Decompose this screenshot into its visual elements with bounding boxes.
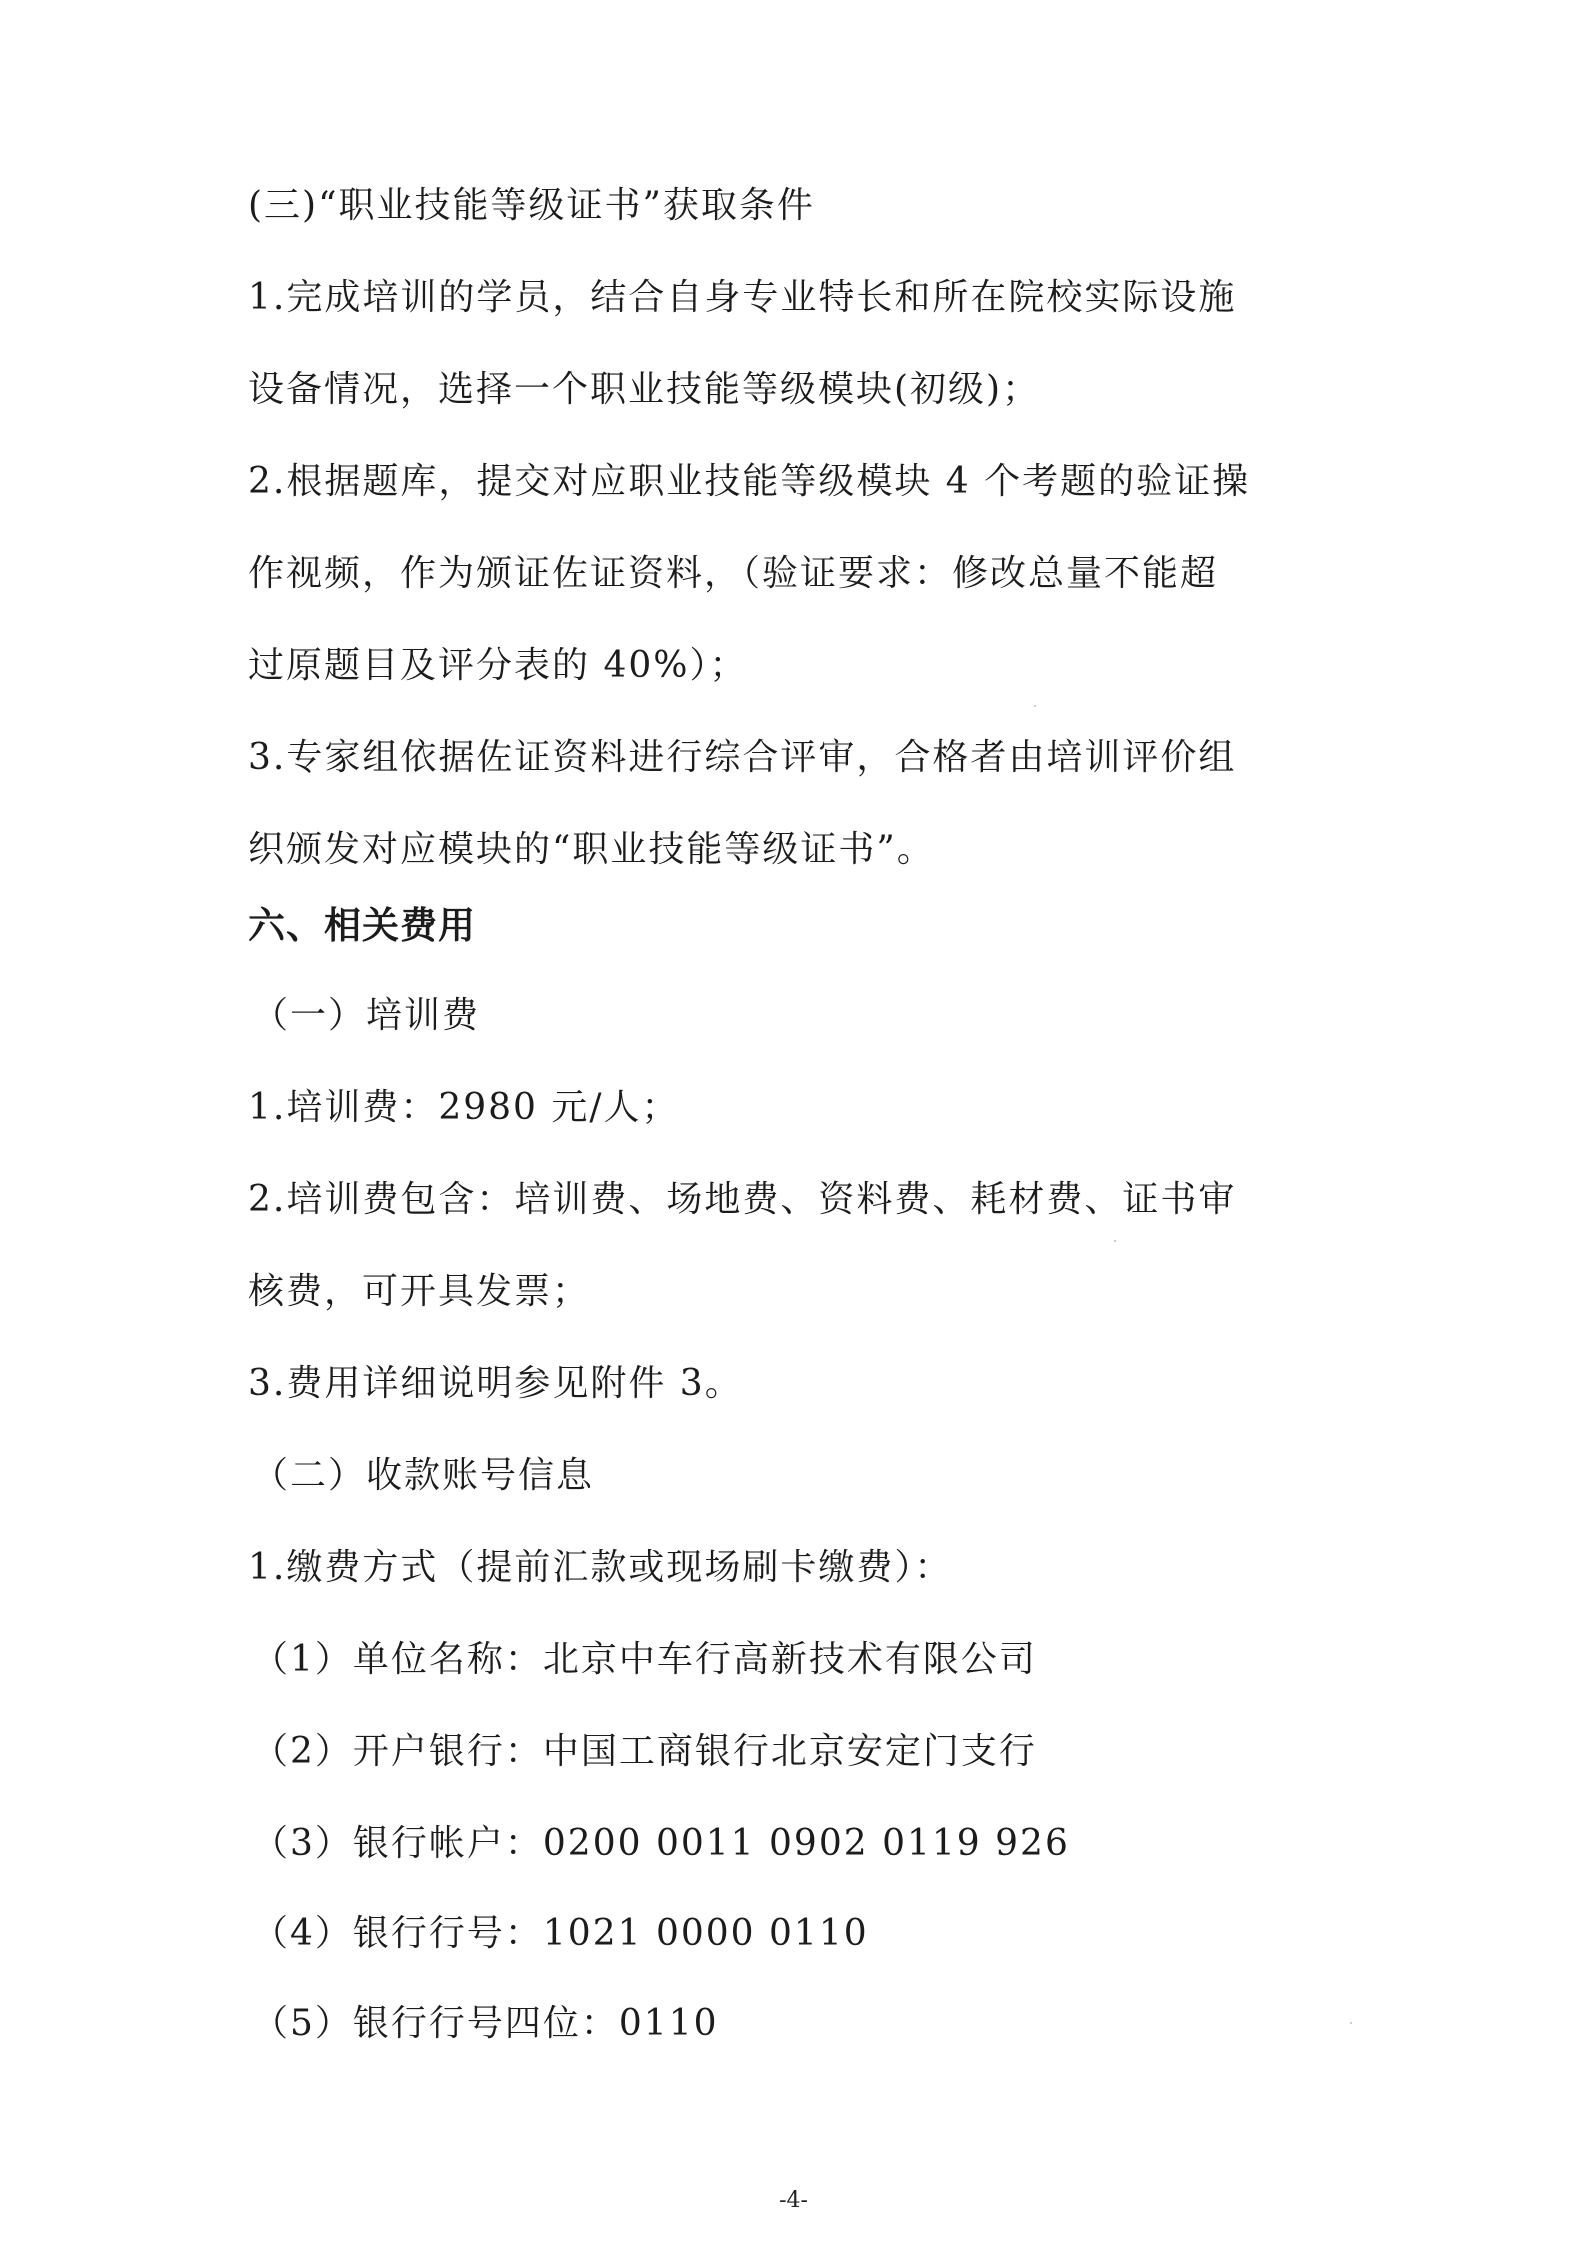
section-heading-cert-conditions: (三)“职业技能等级证书”获取条件 bbox=[248, 186, 815, 226]
bank-code-four-digit: （5）银行行号四位：0110 bbox=[252, 2004, 719, 2044]
paragraph-line: 1.培训费：2980 元/人； bbox=[248, 1088, 680, 1128]
document-page: (三)“职业技能等级证书”获取条件 1.完成培训的学员，结合自身专业特长和所在院… bbox=[0, 0, 1587, 2244]
subsection-heading-training-fee: （一）培训费 bbox=[252, 996, 480, 1036]
scan-speck bbox=[1114, 1240, 1116, 1242]
paragraph-line: 2.根据题库，提交对应职业技能等级模块 4 个考题的验证操 bbox=[248, 462, 1250, 502]
paragraph-line: 作视频，作为颁证佐证资料，（验证要求：修改总量不能超 bbox=[248, 554, 1218, 594]
account-bank-name: （2）开户银行：中国工商银行北京安定门支行 bbox=[252, 1732, 1037, 1772]
account-unit-name: （1）单位名称：北京中车行高新技术有限公司 bbox=[252, 1640, 1037, 1680]
subsection-heading-account-info: （二）收款账号信息 bbox=[252, 1456, 594, 1496]
scan-speck bbox=[1034, 705, 1036, 707]
bank-code: （4）银行行号：1021 0000 0110 bbox=[252, 1914, 869, 1954]
scan-speck bbox=[1350, 2022, 1352, 2024]
paragraph-line: 设备情况，选择一个职业技能等级模块(初级)； bbox=[248, 370, 1040, 410]
account-number: （3）银行帐户：0200 0011 0902 0119 926 bbox=[252, 1824, 1070, 1864]
paragraph-line: 织颁发对应模块的“职业技能等级证书”。 bbox=[248, 830, 935, 870]
page-number: -4- bbox=[0, 2188, 1587, 2214]
paragraph-line: 3.专家组依据佐证资料进行综合评审，合格者由培训评价组 bbox=[248, 738, 1236, 778]
paragraph-line: 3.费用详细说明参见附件 3。 bbox=[248, 1364, 743, 1404]
paragraph-line: 1.完成培训的学员，结合自身专业特长和所在院校实际设施 bbox=[248, 278, 1236, 318]
paragraph-line: 核费，可开具发票； bbox=[248, 1272, 590, 1312]
section-heading-fees: 六、相关费用 bbox=[248, 906, 476, 946]
paragraph-line: 1.缴费方式（提前汇款或现场刷卡缴费）： bbox=[248, 1548, 952, 1588]
paragraph-line: 过原题目及评分表的 40%）； bbox=[248, 646, 747, 686]
paragraph-line: 2.培训费包含：培训费、场地费、资料费、耗材费、证书审 bbox=[248, 1180, 1236, 1220]
